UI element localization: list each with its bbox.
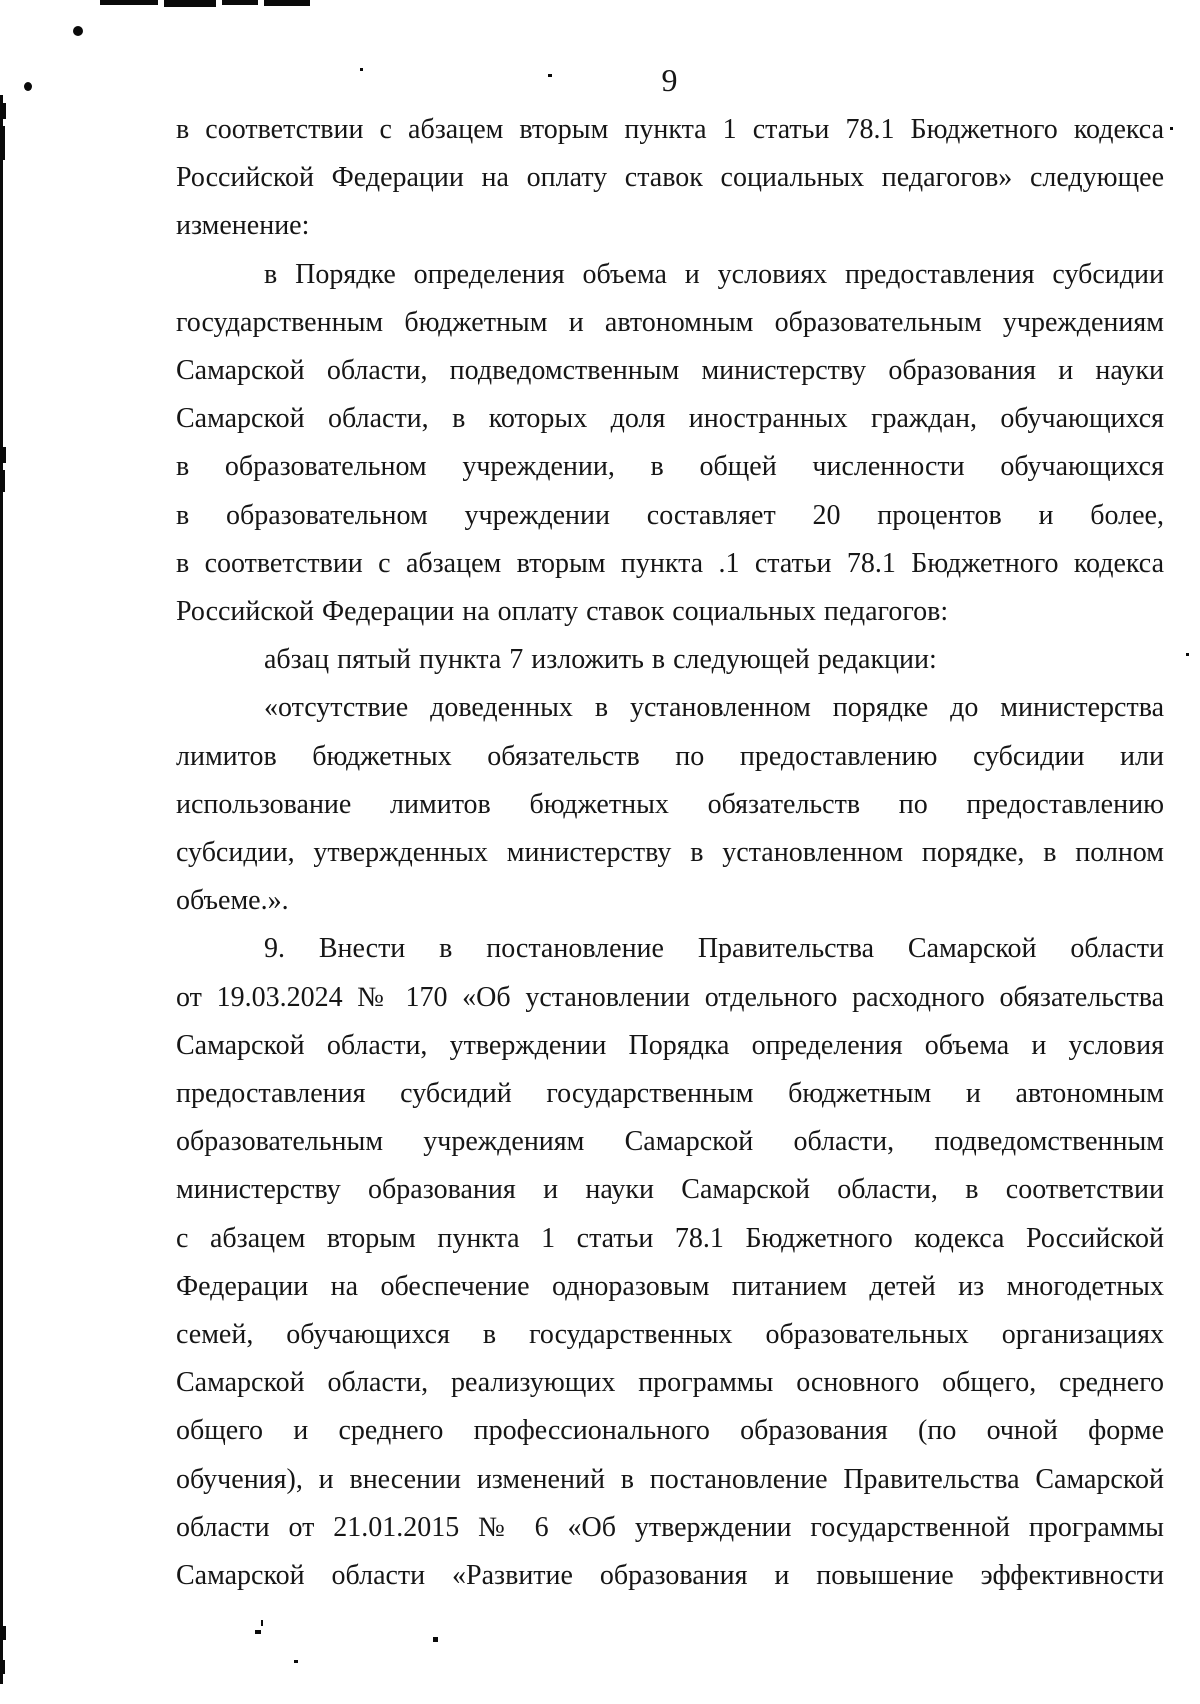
text-line: «отсутствие доведенных в установленном п… [176,684,1164,732]
text-line: от 19.03.2024 № 170 «Об установлении отд… [176,974,1164,1022]
scan-artifact-top-mark [222,0,258,5]
text-line: Самарской области, подведомственным мини… [176,347,1164,395]
scan-artifact-edge-blob [0,470,5,492]
scan-artifact-speck [1186,653,1189,656]
scan-artifact-edge-blob [0,103,6,119]
text-line: обучения), и внесении изменений в постан… [176,1456,1164,1504]
scan-artifact-edge-blob [0,1626,6,1640]
scan-artifact-edge-blob [0,126,5,160]
scan-artifact-speck [360,68,363,71]
text-line: изменение: [176,202,1164,250]
scan-artifact-top-mark [164,0,216,7]
text-line: использование лимитов бюджетных обязател… [176,781,1164,829]
scan-artifact-speck [548,74,552,77]
text-line: Самарской области «Развитие образования … [176,1552,1164,1600]
document-body: в соответствии с абзацем вторым пункта 1… [176,106,1164,1600]
scan-artifact-speck [433,1637,438,1642]
text-line: лимитов бюджетных обязательств по предос… [176,733,1164,781]
text-line: Российской Федерации на оплату ставок со… [176,588,1164,636]
text-line: области от 21.01.2015 № 6 «Об утверждени… [176,1504,1164,1552]
text-line: в Порядке определения объема и условиях … [176,251,1164,299]
text-line: в образовательном учреждении, в общей чи… [176,443,1164,491]
text-line: образовательным учреждениям Самарской об… [176,1118,1164,1166]
scan-artifact-edge-blob [0,1660,5,1674]
text-line: государственным бюджетным и автономным о… [176,299,1164,347]
text-line: с абзацем вторым пункта 1 статьи 78.1 Бю… [176,1215,1164,1263]
text-line: в соответствии с абзацем вторым пункта .… [176,540,1164,588]
text-line: Самарской области, в которых доля иностр… [176,395,1164,443]
scan-artifact-top-mark [100,0,158,5]
scan-artifact-speck [261,1620,263,1626]
text-line: в соответствии с абзацем вторым пункта 1… [176,106,1164,154]
text-line: общего и среднего профессионального обра… [176,1407,1164,1455]
text-line: Федерации на обеспечение одноразовым пит… [176,1263,1164,1311]
scan-artifact-speck [294,1660,298,1663]
text-line: Российской Федерации на оплату ставок со… [176,154,1164,202]
scan-artifact-ink-dot [24,82,32,91]
page-number: 9 [176,62,1164,99]
text-line: предоставления субсидий государственным … [176,1070,1164,1118]
text-line: субсидии, утвержденных министерству в ус… [176,829,1164,877]
scan-artifact-edge-blob [0,447,6,463]
scan-artifact-ink-dot [73,26,83,36]
scan-artifact-speck [1170,127,1173,130]
scan-artifact-speck [255,1630,261,1634]
text-line: 9. Внести в постановление Правительства … [176,925,1164,973]
text-line: Самарской области, реализующих программы… [176,1359,1164,1407]
text-line: Самарской области, утверждении Порядка о… [176,1022,1164,1070]
text-line: объеме.». [176,877,1164,925]
document-page: 9 в соответствии с абзацем вторым пункта… [0,0,1200,1704]
text-line: в образовательном учреждении составляет … [176,492,1164,540]
text-line: министерству образования и науки Самарск… [176,1166,1164,1214]
scan-artifact-left-border [0,95,3,1684]
text-line: абзац пятый пункта 7 изложить в следующе… [176,636,1164,684]
text-line: семей, обучающихся в государственных обр… [176,1311,1164,1359]
scan-artifact-top-mark [264,0,310,6]
